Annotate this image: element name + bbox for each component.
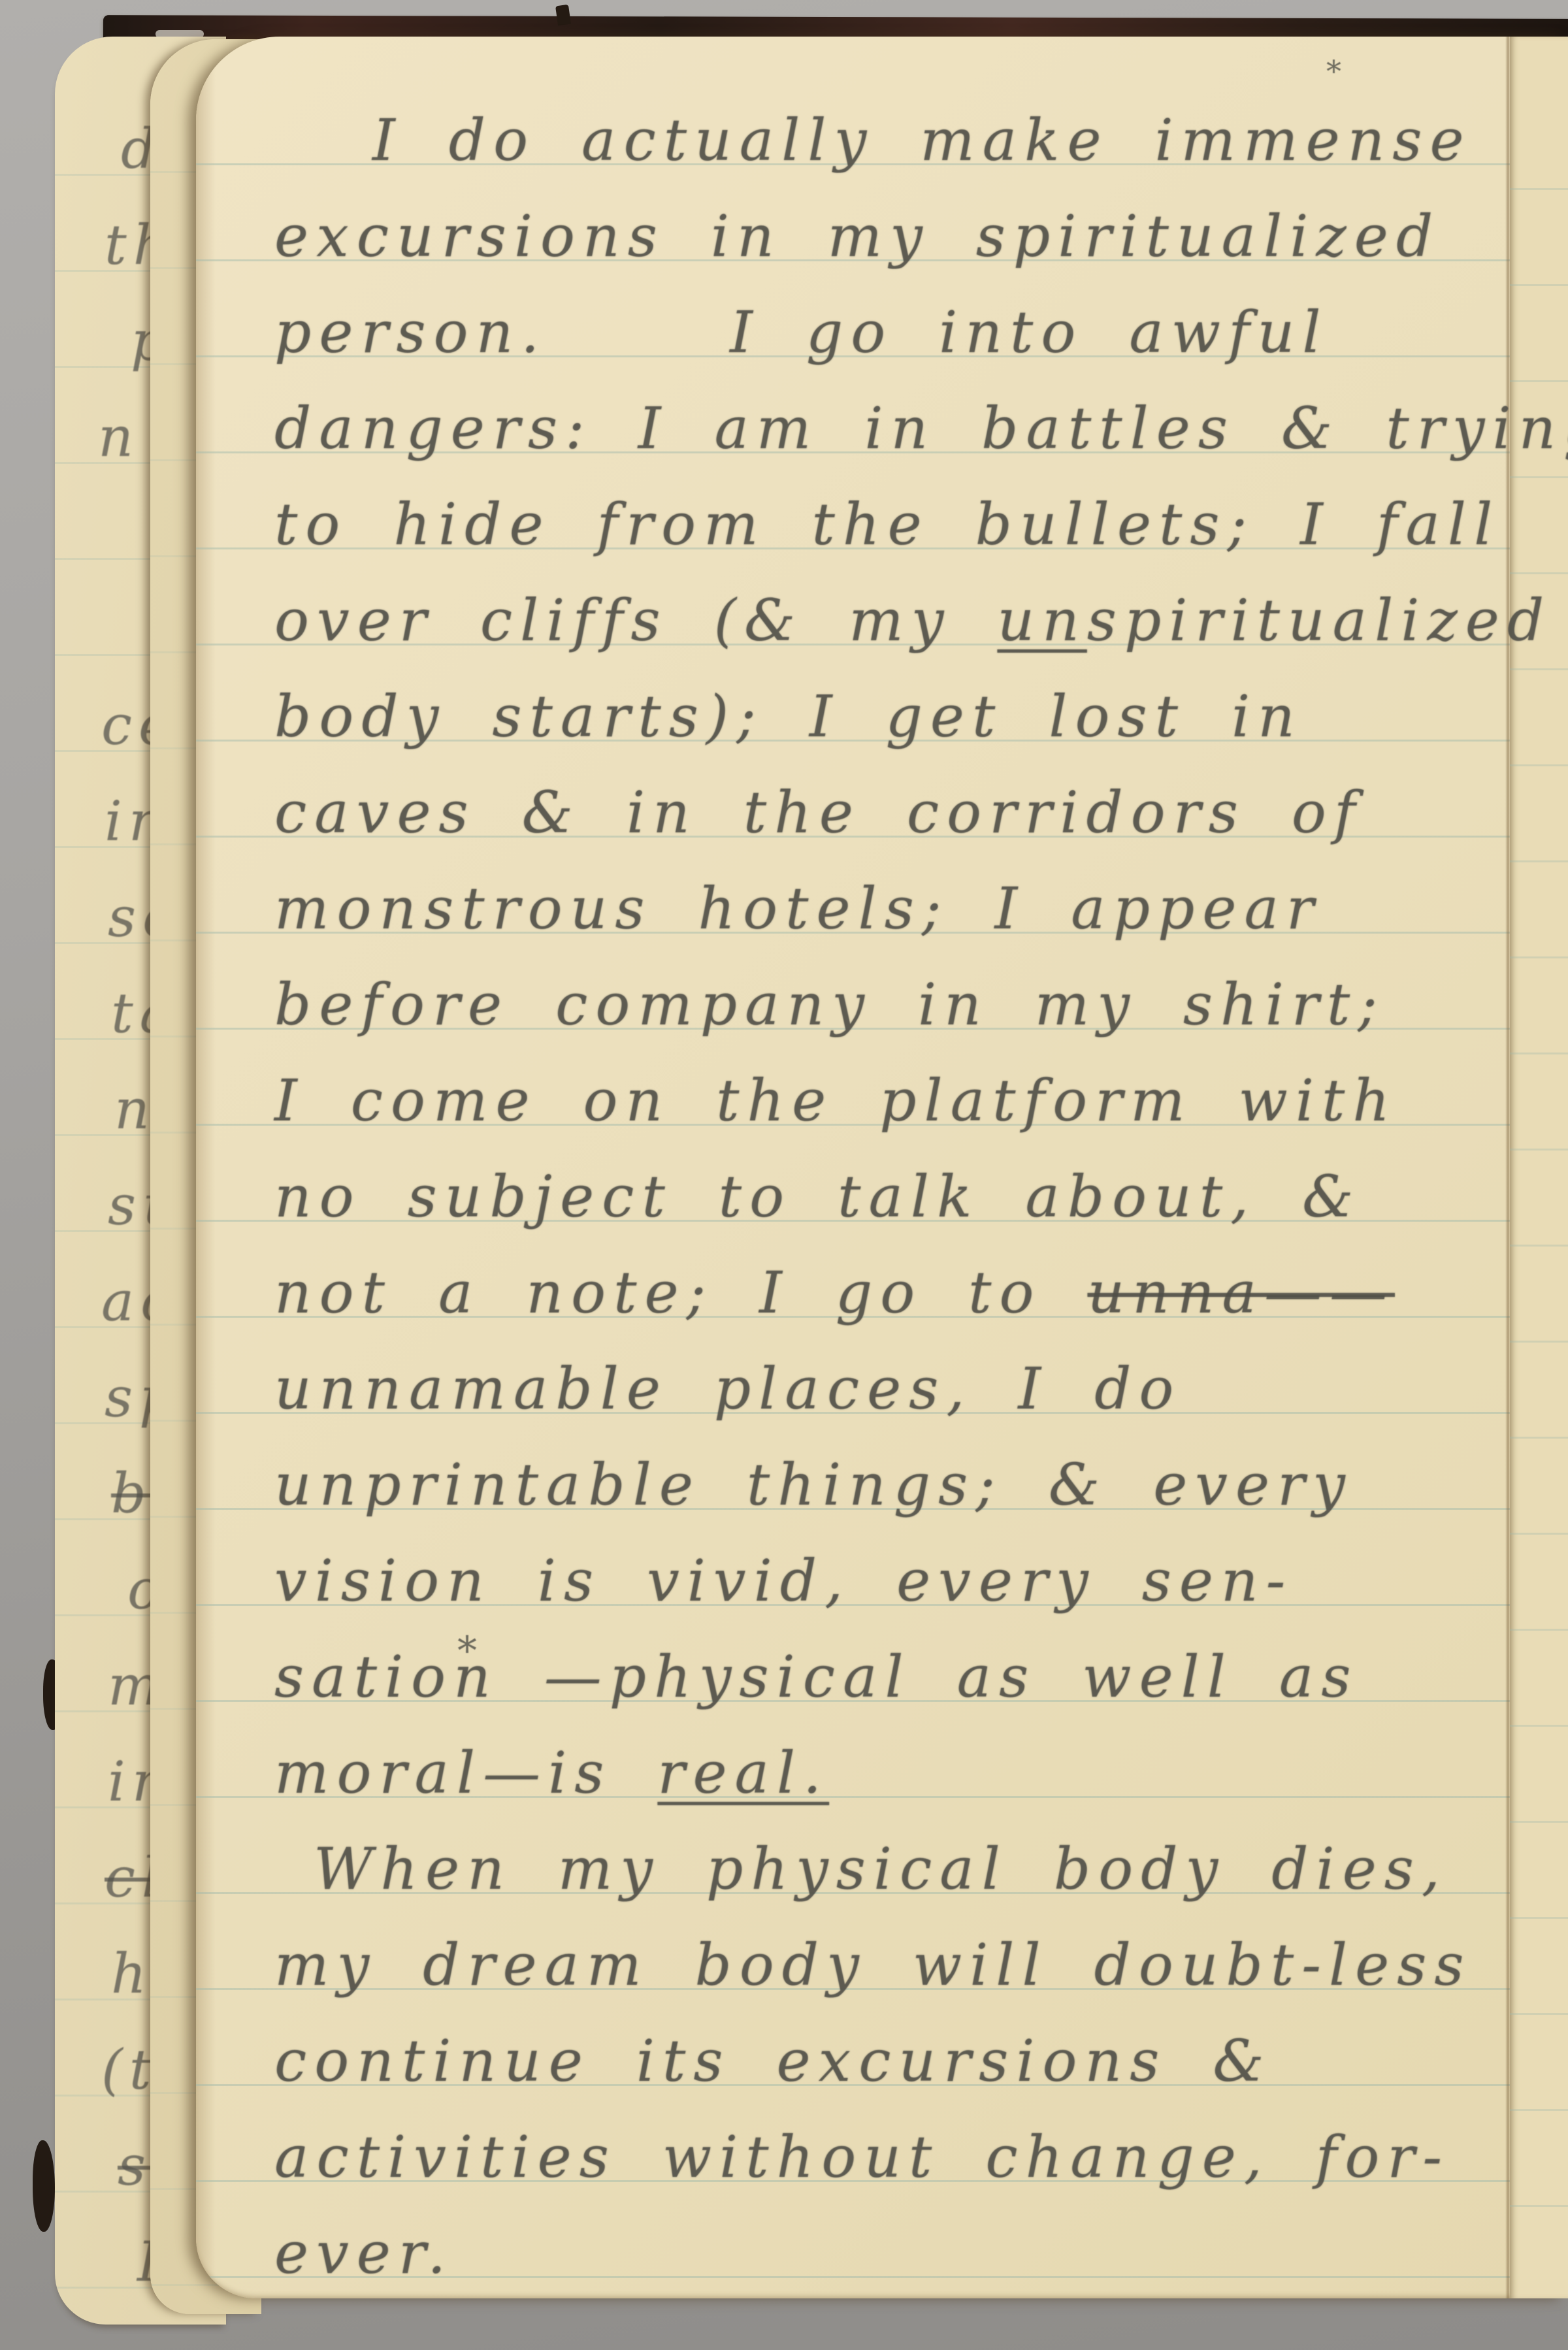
cover-edge-speck xyxy=(33,2140,55,2232)
handwritten-text: to hide from the bullets; I fall xyxy=(274,491,1500,558)
handwritten-line: moral—is real. xyxy=(274,1744,829,1802)
handwritten-line: excursions in my spiritualized xyxy=(274,208,1441,265)
handwritten-text: unnamable places, I do xyxy=(274,1355,1181,1422)
handwritten-text: person. I go into awful xyxy=(274,299,1329,366)
handwritten-text: When my physical body dies, xyxy=(314,1835,1448,1902)
handwritten-text: not a note; I go to xyxy=(274,1259,1087,1326)
handwritten-line: before company in my shirt; xyxy=(274,976,1385,1034)
handwritten-text: continue its excursions & xyxy=(274,2027,1272,2095)
handwritten-text: I do actually make immense xyxy=(372,106,1472,174)
handwritten-text: spiritualized xyxy=(1087,587,1552,654)
pencil-scribble-mark: * xyxy=(1326,54,1341,89)
handwritten-text: monstrous hotels; I appear xyxy=(274,875,1322,942)
handwritten-line: dangers: I am in battles & trying xyxy=(274,400,1568,457)
handwritten-text: my dream body will doubt-less xyxy=(274,1931,1472,1999)
handwritten-text: activities without change, for- xyxy=(274,2123,1450,2191)
handwritten-text: sation —physical as well as xyxy=(274,1643,1359,1710)
handwritten-line: monstrous hotels; I appear xyxy=(274,880,1322,938)
handwritten-line: When my physical body dies, xyxy=(314,1840,1448,1898)
left-page-word-fragment: b xyxy=(111,1466,153,1521)
handwritten-line: caves & in the corridors of xyxy=(274,784,1363,841)
binding-nub xyxy=(555,5,571,25)
handwritten-line: I do actually make immense xyxy=(372,112,1472,169)
main-text-layer: * * I do actually make immenseexcursions… xyxy=(196,37,1568,2298)
handwritten-text: dangers: I am in battles & trying xyxy=(274,395,1568,462)
photo-background: dethepenUhiceinseetanesuacspbonmincleha(… xyxy=(0,0,1568,2350)
handwritten-line: not a note; I go to unna—— xyxy=(274,1264,1395,1322)
left-page-word-fragment: n xyxy=(98,410,140,465)
handwritten-text: caves & in the corridors of xyxy=(274,779,1363,846)
handwritten-text: excursions in my spiritualized xyxy=(274,203,1441,270)
handwritten-text: unna—— xyxy=(1087,1259,1395,1326)
page-main: * * I do actually make immenseexcursions… xyxy=(196,37,1568,2298)
handwritten-text: un xyxy=(997,587,1086,654)
handwritten-line: person. I go into awful xyxy=(274,304,1329,361)
handwritten-line: activities without change, for- xyxy=(274,2129,1450,2186)
handwritten-line: over cliffs (& my unspiritualized xyxy=(274,592,1552,649)
handwritten-text: over cliffs (& my xyxy=(274,587,997,654)
handwritten-line: I come on the platform with xyxy=(274,1072,1397,1130)
handwritten-text: I come on the platform with xyxy=(274,1067,1397,1134)
handwritten-text: no subject to talk about, & xyxy=(274,1163,1361,1230)
handwritten-text: real. xyxy=(657,1739,829,1806)
handwritten-line: my dream body will doubt-less xyxy=(274,1936,1472,1994)
handwritten-text: body starts); I get lost in xyxy=(274,683,1303,750)
handwritten-text: ever. xyxy=(274,2219,453,2287)
handwritten-line: vision is vivid, every sen- xyxy=(274,1552,1293,1610)
handwritten-text: vision is vivid, every sen- xyxy=(274,1547,1293,1614)
handwritten-text: before company in my shirt; xyxy=(274,971,1385,1038)
handwritten-line: unnamable places, I do xyxy=(274,1360,1181,1418)
handwritten-line: body starts); I get lost in xyxy=(274,688,1303,745)
handwritten-text: moral—is xyxy=(274,1739,657,1806)
handwritten-line: sation —physical as well as xyxy=(274,1648,1359,1706)
handwritten-line: unprintable things; & every xyxy=(274,1456,1353,1514)
handwritten-line: continue its excursions & xyxy=(274,2032,1272,2090)
handwritten-line: ever. xyxy=(274,2225,453,2282)
handwritten-line: to hide from the bullets; I fall xyxy=(274,496,1500,553)
handwritten-text: unprintable things; & every xyxy=(274,1451,1353,1518)
handwritten-line: no subject to talk about, & xyxy=(274,1168,1361,1226)
